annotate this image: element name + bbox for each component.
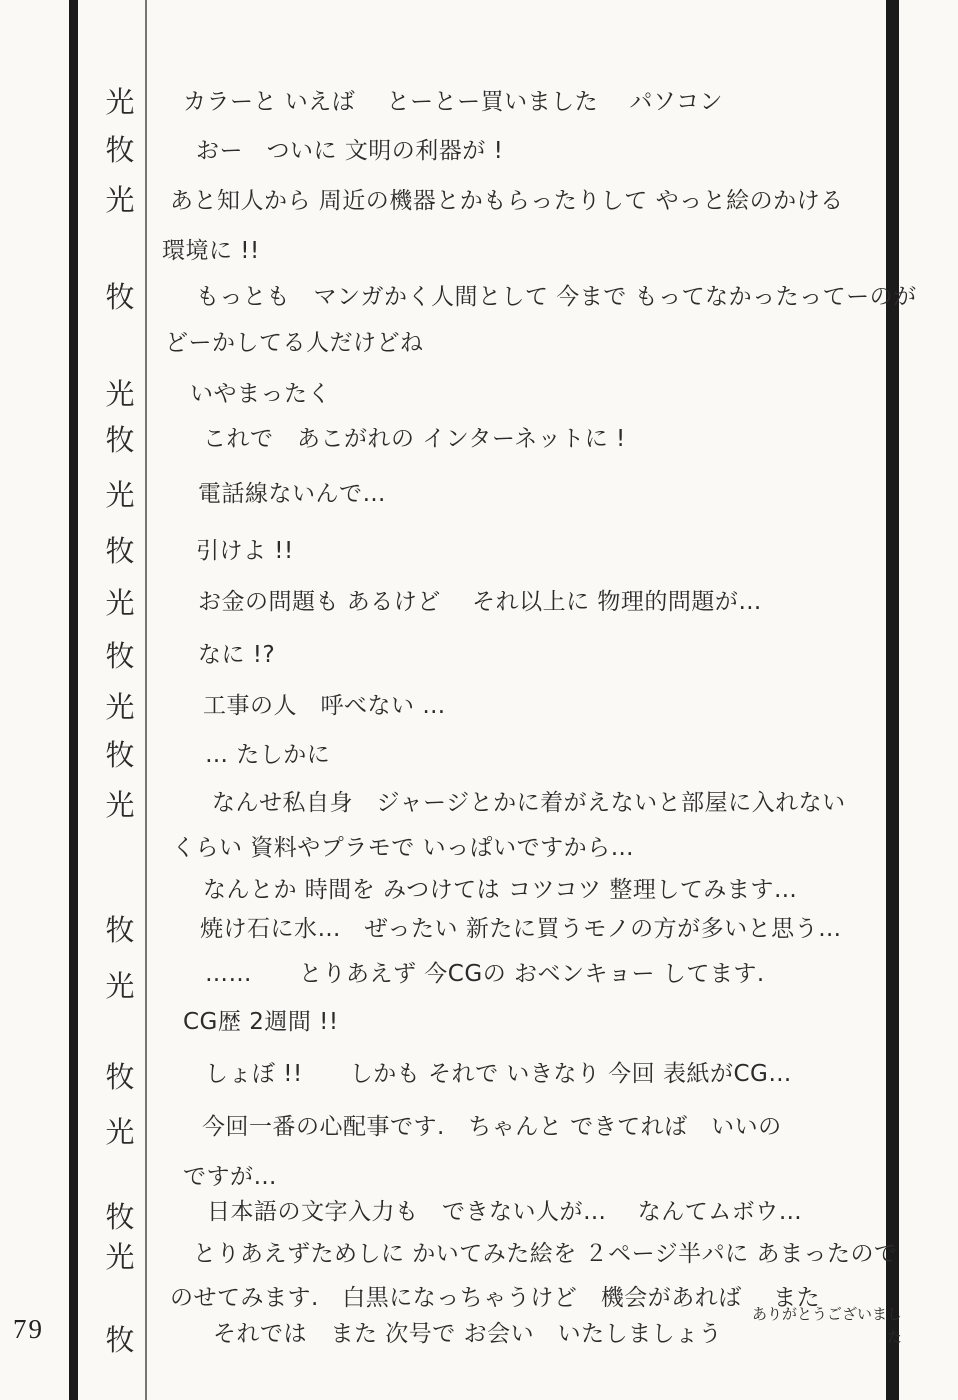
dialogue-line: CG歴 2週間 !! (183, 1008, 339, 1037)
dialogue-line: のせてみます. 白黒になっちゃうけど 機会があれば また (170, 1284, 820, 1313)
speaker-label: 光 (99, 481, 141, 510)
dialogue-line: これで あこがれの インターネットに ! (203, 425, 626, 454)
speaker-label: 牧 (99, 426, 141, 455)
page-right-border-bar (886, 0, 899, 1400)
speaker-label: 光 (99, 791, 141, 820)
dialogue-line: ですが… (183, 1163, 277, 1192)
speaker-label: 光 (99, 693, 141, 722)
dialogue-line: 引けよ !! (196, 537, 294, 566)
dialogue-line: 今回一番の心配事です. ちゃんと できてれば いいの (202, 1113, 782, 1142)
dialogue-line: カラーと いえば とーとー買いました パソコン (183, 88, 723, 117)
dialogue-line: なんせ私自身 ジャージとかに着がえないと部屋に入れない (212, 789, 846, 818)
dialogue-line: いやまったく (190, 380, 331, 409)
thanks-footnote: ありがとうございました (744, 1303, 902, 1350)
page-left-border-bar (69, 0, 78, 1400)
dialogue-line: とりあえずためしに かいてみた絵を ２ページ半パに あまったので (193, 1240, 897, 1269)
speaker-label: 牧 (99, 916, 141, 945)
speaker-label: 光 (99, 1118, 141, 1147)
speaker-label: 光 (99, 186, 141, 215)
dialogue-line: 工事の人 呼べない … (203, 692, 446, 721)
speaker-label: 光 (99, 1243, 141, 1272)
speaker-label: 牧 (99, 642, 141, 671)
speaker-label: 牧 (99, 283, 141, 312)
speaker-label: 牧 (99, 1326, 141, 1355)
speaker-label: 牧 (99, 1203, 141, 1232)
dialogue-line: おー ついに 文明の利器が ! (196, 137, 503, 166)
speaker-label: 光 (99, 88, 141, 117)
page-number: 79 (13, 1314, 44, 1345)
dialogue-line: 環境に !! (162, 237, 260, 266)
speaker-label: 光 (99, 589, 141, 618)
speaker-label: 牧 (99, 1063, 141, 1092)
dialogue-line: 焼け石に水… ぜったい 新たに買うモノの方が多いと思う… (200, 915, 842, 944)
dialogue-line: なんとか 時間を みつけては コツコツ 整理してみます… (203, 876, 797, 905)
dialogue-line: …… とりあえず 今CGの おベンキョー してます. (205, 960, 765, 989)
dialogue-line: … たしかに (205, 741, 330, 770)
dialogue-line: それでは また 次号で お会い いたしましょう (213, 1320, 722, 1349)
speaker-label: 牧 (99, 136, 141, 165)
dialogue-line: どーかしてる人だけどね (165, 329, 424, 358)
dialogue-line: お金の問題も あるけど それ以上に 物理的問題が… (198, 588, 762, 617)
dialogue-line: しょぼ !! しかも それで いきなり 今回 表紙がCG… (205, 1060, 792, 1089)
dialogue-line: くらい 資料やプラモで いっぱいですから… (172, 834, 634, 863)
speaker-label: 光 (99, 380, 141, 409)
dialogue-line: もっとも マンガかく人間として 今まで もってなかったってーのが (196, 283, 917, 312)
dialogue-line: 日本語の文字入力も できない人が… なんてムボウ… (207, 1198, 802, 1227)
dialogue-line: 電話線ないんで… (198, 480, 386, 509)
dialogue-line: あと知人から 周近の機器とかもらったりして やっと絵のかける (170, 187, 844, 216)
speaker-label: 牧 (99, 537, 141, 566)
speaker-label: 光 (99, 972, 141, 1001)
dialogue-line: なに !? (198, 641, 275, 670)
speaker-column-separator-line (145, 0, 147, 1400)
speaker-label: 牧 (99, 741, 141, 770)
